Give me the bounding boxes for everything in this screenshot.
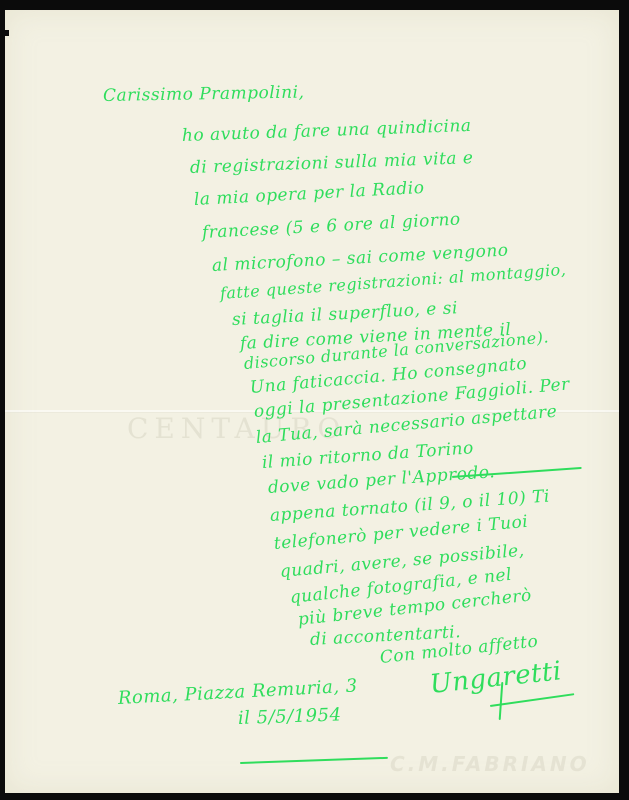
watermark-fabriano: C.M.FABRIANO	[390, 752, 590, 776]
scan-edge-mark	[0, 30, 9, 36]
date: il 5/5/1954	[238, 706, 342, 728]
salutation: Carissimo Prampolini,	[103, 84, 305, 105]
